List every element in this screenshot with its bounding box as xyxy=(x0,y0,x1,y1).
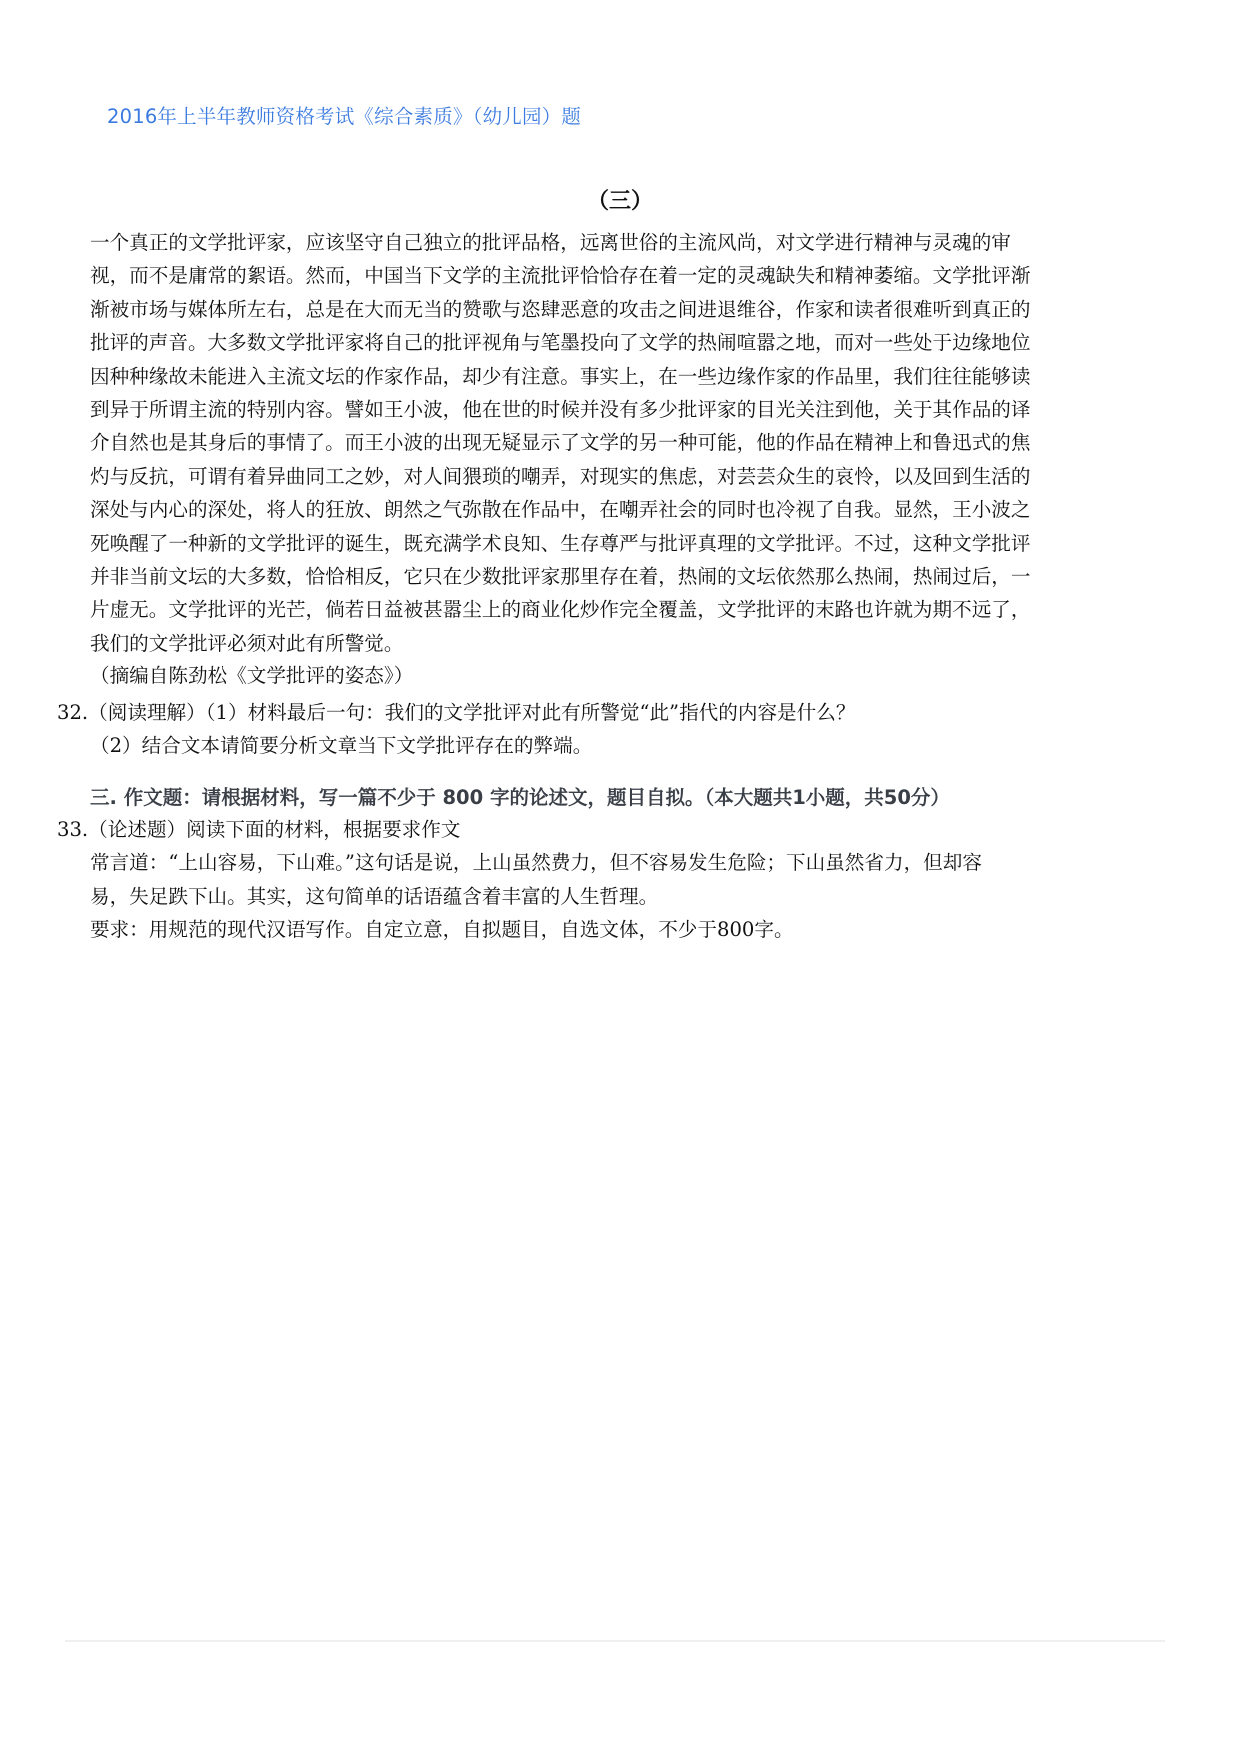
section-heading: （三） xyxy=(0,184,1240,215)
passage-line: 深处与内心的深处，将人的狂放、朗然之气弥散在作品中，在嘲弄社会的同时也冷视了自我… xyxy=(90,493,1140,526)
question-33-material-line: 常言道：“上山容易，下山难。”这句话是说，上山虽然费力，但不容易发生危险；下山虽… xyxy=(57,846,982,879)
question-32-part-2: （2）结合文本请简要分析文章当下文学批评存在的弊端。 xyxy=(57,729,855,762)
passage-line: 介自然也是其身后的事情了。而王小波的出现无疑显示了文学的另一种可能，他的作品在精… xyxy=(90,426,1140,459)
passage-line: 渐被市场与媒体所左右，总是在大而无当的赞歌与恣肆恶意的攻击之间进退维谷，作家和读… xyxy=(90,293,1140,326)
passage-line: 灼与反抗，可谓有着异曲同工之妙，对人间猥琐的嘲弄，对现实的焦虑，对芸芸众生的哀怜… xyxy=(90,460,1140,493)
passage-line: 因种种缘故未能进入主流文坛的作家作品，却少有注意。事实上，在一些边缘作家的作品里… xyxy=(90,360,1140,393)
question-32: 32.（阅读理解）（1）材料最后一句：我们的文学批评对此有所警觉“此”指代的内容… xyxy=(57,696,855,763)
passage-line: 一个真正的文学批评家，应该坚守自己独立的批评品格，远离世俗的主流风尚，对文学进行… xyxy=(90,226,1140,259)
passage-line: 批评的声音。大多数文学批评家将自己的批评视角与笔墨投向了文学的热闹喧嚣之地，而对… xyxy=(90,326,1140,359)
passage-line: 并非当前文坛的大多数，恰恰相反，它只在少数批评家那里存在着，热闹的文坛依然那么热… xyxy=(90,560,1140,593)
passage-line: 死唤醒了一种新的文学批评的诞生，既充满学术良知、生存尊严与批评真理的文学批评。不… xyxy=(90,527,1140,560)
document-header-title: 2016年上半年教师资格考试《综合素质》（幼儿园）题 xyxy=(107,101,581,129)
passage-line: 视，而不是庸常的絮语。然而，中国当下文学的主流批评恰恰存在着一定的灵魂缺失和精神… xyxy=(90,259,1140,292)
question-33-material-line: 易，失足跌下山。其实，这句简单的话语蕴含着丰富的人生哲理。 xyxy=(57,880,982,913)
question-33: 33.（论述题）阅读下面的材料，根据要求作文 常言道：“上山容易，下山难。”这句… xyxy=(57,813,982,947)
reading-passage: 一个真正的文学批评家，应该坚守自己独立的批评品格，远离世俗的主流风尚，对文学进行… xyxy=(90,226,1140,660)
passage-line: 片虚无。文学批评的光芒，倘若日益被甚嚣尘上的商业化炒作完全覆盖，文学批评的末路也… xyxy=(90,593,1140,626)
question-32-part-1: 32.（阅读理解）（1）材料最后一句：我们的文学批评对此有所警觉“此”指代的内容… xyxy=(57,701,855,724)
part-three-heading: 三. 作文题：请根据材料，写一篇不少于 800 字的论述文，题目自拟。（本大题共… xyxy=(90,782,950,810)
passage-source-citation: （摘编自陈劲松《文学批评的姿态》） xyxy=(90,659,413,688)
passage-line: 到异于所谓主流的特别内容。譬如王小波，他在世的时候并没有多少批评家的目光关注到他… xyxy=(90,393,1140,426)
passage-line: 我们的文学批评必须对此有所警觉。 xyxy=(90,627,1140,660)
question-33-prompt: 33.（论述题）阅读下面的材料，根据要求作文 xyxy=(57,818,460,841)
footer-divider xyxy=(65,1640,1165,1642)
question-33-requirement: 要求：用规范的现代汉语写作。自定立意，自拟题目，自选文体，不少于800字。 xyxy=(57,913,982,946)
